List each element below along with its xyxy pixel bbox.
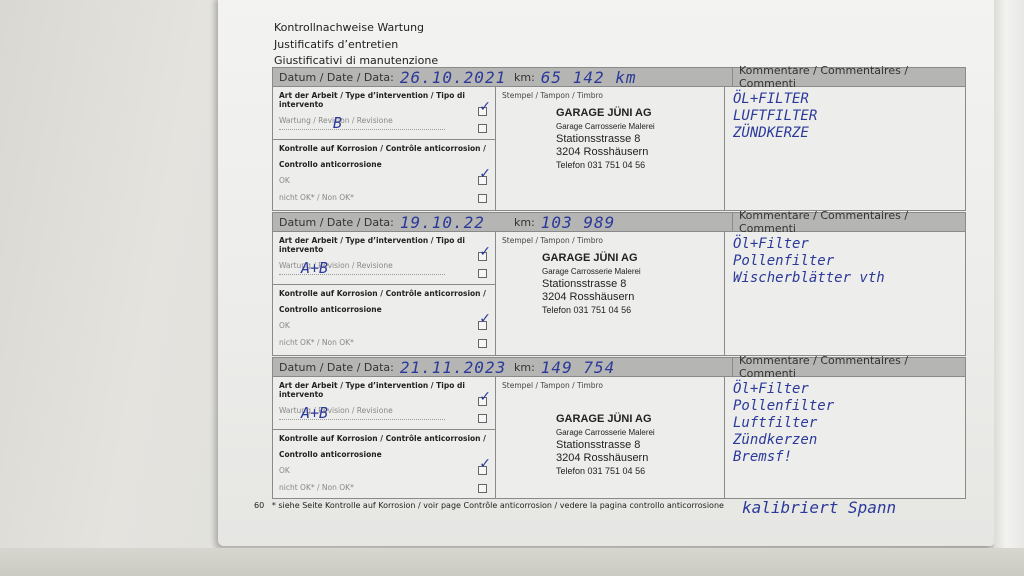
not-ok-label: nicht OK* / Non OK* <box>279 193 489 202</box>
not-ok-checkbox[interactable] <box>478 194 487 203</box>
title-fr: Justificatifs d’entretien <box>274 37 438 54</box>
service-entry: Datum / Date / Data: 21.11.2023 km: 149 … <box>272 357 966 499</box>
entry-header: Datum / Date / Data: 21.11.2023 km: 149 … <box>273 358 965 377</box>
km-label: km: <box>514 216 535 229</box>
km-cell: km: 149 754 <box>510 358 732 377</box>
stamp-city: 3204 Rosshäusern <box>556 452 655 465</box>
km-value: 103 989 <box>541 213 615 232</box>
comment-line: Pollenfilter <box>733 253 885 270</box>
stamp-subtitle: Garage Carrosserie Malerei <box>556 120 655 133</box>
work-column: Art der Arbeit / Type d’intervention / T… <box>273 232 496 355</box>
stamp-city: 3204 Rosshäusern <box>556 146 655 159</box>
work-type-label: Art der Arbeit / Type d’intervention / T… <box>279 236 489 254</box>
check-icon: ✓ <box>479 311 491 327</box>
comment-line: ÖL+FILTER <box>733 91 817 108</box>
comment-line: ZÜNDKERZE <box>733 125 817 142</box>
comments-column: Öl+FilterPollenfilterWischerblätter vth <box>725 232 965 355</box>
other-checkbox[interactable] <box>478 269 487 278</box>
stamp-column: Stempel / Tampon / Timbro GARAGE JÜNI AG… <box>496 87 725 210</box>
handwritten-note: kalibriert Spann <box>742 498 896 517</box>
stamp-name: GARAGE JÜNI AG <box>556 107 655 120</box>
work-type-section: Art der Arbeit / Type d’intervention / T… <box>273 377 495 430</box>
dotted-line <box>279 419 445 420</box>
km-label: km: <box>514 71 535 84</box>
comment-line: Öl+Filter <box>733 381 834 398</box>
comment-line: LUFTFILTER <box>733 108 817 125</box>
check-icon: ✓ <box>479 389 491 405</box>
work-type-section: Art der Arbeit / Type d’intervention / T… <box>273 87 495 140</box>
work-column: Art der Arbeit / Type d’intervention / T… <box>273 87 496 210</box>
comments-column: ÖL+FILTERLUFTFILTERZÜNDKERZE <box>725 87 965 210</box>
corrosion-section: Kontrolle auf Korrosion / Contrôle antic… <box>273 430 495 492</box>
stamp-subtitle: Garage Carrosserie Malerei <box>556 426 655 439</box>
km-cell: km: 103 989 <box>510 213 732 232</box>
date-value: 26.10.2021 <box>400 68 506 87</box>
comment-line: Bremsf! <box>733 449 834 466</box>
ok-label: OK <box>279 176 489 185</box>
km-label: km: <box>514 361 535 374</box>
stamp-street: Stationsstrasse 8 <box>542 278 641 291</box>
corrosion-label-2: Controllo anticorrosione <box>279 450 489 459</box>
check-icon: ✓ <box>479 99 491 115</box>
km-cell: km: 65 142 km <box>510 68 732 87</box>
table-surface <box>0 548 1024 576</box>
dotted-line <box>279 274 445 275</box>
comments-list: Öl+FilterPollenfilterWischerblätter vth <box>733 236 885 287</box>
garage-stamp: GARAGE JÜNI AG Garage Carrosserie Malere… <box>542 252 641 317</box>
garage-stamp: GARAGE JÜNI AG Garage Carrosserie Malere… <box>556 107 655 172</box>
comments-header: Kommentare / Commentaires / Commenti <box>732 358 965 376</box>
not-ok-label: nicht OK* / Non OK* <box>279 483 489 492</box>
comments-header: Kommentare / Commentaires / Commenti <box>732 213 965 231</box>
comment-line: Wischerblätter vth <box>733 270 885 287</box>
comments-list: Öl+FilterPollenfilterLuftfilterZündkerze… <box>733 381 834 466</box>
check-icon: ✓ <box>479 456 491 472</box>
corrosion-label: Kontrolle auf Korrosion / Contrôle antic… <box>279 289 489 298</box>
corrosion-label-2: Controllo anticorrosione <box>279 305 489 314</box>
check-icon: ✓ <box>479 244 491 260</box>
date-label: Datum / Date / Data: <box>279 71 394 84</box>
stamp-subtitle: Garage Carrosserie Malerei <box>542 265 641 278</box>
other-checkbox[interactable] <box>478 124 487 133</box>
date-label: Datum / Date / Data: <box>279 216 394 229</box>
comments-header: Kommentare / Commentaires / Commenti <box>732 68 965 86</box>
stamp-column: Stempel / Tampon / Timbro GARAGE JÜNI AG… <box>496 377 725 498</box>
stamp-phone: Telefon 031 751 04 56 <box>556 465 655 478</box>
ok-label: OK <box>279 321 489 330</box>
stamp-name: GARAGE JÜNI AG <box>556 413 655 426</box>
date-label: Datum / Date / Data: <box>279 361 394 374</box>
stamp-phone: Telefon 031 751 04 56 <box>556 159 655 172</box>
title-de: Kontrollnachweise Wartung <box>274 20 438 37</box>
comments-column: Öl+FilterPollenfilterLuftfilterZündkerze… <box>725 377 965 498</box>
stamp-street: Stationsstrasse 8 <box>556 439 655 452</box>
stamp-city: 3204 Rosshäusern <box>542 291 641 304</box>
dotted-line <box>279 129 445 130</box>
service-entry: Datum / Date / Data: 19.10.22 km: 103 98… <box>272 212 966 356</box>
comment-line: Zündkerzen <box>733 432 834 449</box>
entry-header: Datum / Date / Data: 19.10.22 km: 103 98… <box>273 213 965 232</box>
work-column: Art der Arbeit / Type d’intervention / T… <box>273 377 496 498</box>
footnote-text: * siehe Seite Kontrolle auf Korrosion / … <box>272 501 724 510</box>
stamp-label: Stempel / Tampon / Timbro <box>502 91 603 100</box>
entry-header: Datum / Date / Data: 26.10.2021 km: 65 1… <box>273 68 965 87</box>
footnote: 60 * siehe Seite Kontrolle auf Korrosion… <box>254 501 724 510</box>
ok-label: OK <box>279 466 489 475</box>
comments-list: ÖL+FILTERLUFTFILTERZÜNDKERZE <box>733 91 817 142</box>
stamp-phone: Telefon 031 751 04 56 <box>542 304 641 317</box>
date-cell: Datum / Date / Data: 26.10.2021 <box>273 68 510 87</box>
date-cell: Datum / Date / Data: 21.11.2023 <box>273 358 510 377</box>
stamp-name: GARAGE JÜNI AG <box>542 252 641 265</box>
check-icon: ✓ <box>479 166 491 182</box>
corrosion-section: Kontrolle auf Korrosion / Contrôle antic… <box>273 285 495 347</box>
stamp-label: Stempel / Tampon / Timbro <box>502 381 603 390</box>
comment-line: Luftfilter <box>733 415 834 432</box>
date-cell: Datum / Date / Data: 19.10.22 <box>273 213 510 232</box>
stamp-column: Stempel / Tampon / Timbro GARAGE JÜNI AG… <box>496 232 725 355</box>
comment-line: Pollenfilter <box>733 398 834 415</box>
km-value: 65 142 km <box>541 68 637 87</box>
service-label: Wartung / Revision / Revisione <box>279 116 489 125</box>
not-ok-checkbox[interactable] <box>478 484 487 493</box>
next-page-edge <box>994 0 1024 556</box>
service-entry: Datum / Date / Data: 26.10.2021 km: 65 1… <box>272 67 966 211</box>
date-value: 21.11.2023 <box>400 358 506 377</box>
stamp-label: Stempel / Tampon / Timbro <box>502 236 603 245</box>
corrosion-label: Kontrolle auf Korrosion / Contrôle antic… <box>279 144 489 153</box>
not-ok-label: nicht OK* / Non OK* <box>279 338 489 347</box>
work-type-label: Art der Arbeit / Type d’intervention / T… <box>279 91 489 109</box>
garage-stamp: GARAGE JÜNI AG Garage Carrosserie Malere… <box>556 413 655 478</box>
stamp-street: Stationsstrasse 8 <box>556 133 655 146</box>
not-ok-checkbox[interactable] <box>478 339 487 348</box>
corrosion-label: Kontrolle auf Korrosion / Contrôle antic… <box>279 434 489 443</box>
page-number: 60 <box>254 501 264 510</box>
work-type-section: Art der Arbeit / Type d’intervention / T… <box>273 232 495 285</box>
km-value: 149 754 <box>541 358 615 377</box>
work-type-label: Art der Arbeit / Type d’intervention / T… <box>279 381 489 399</box>
date-value: 19.10.22 <box>400 213 485 232</box>
corrosion-section: Kontrolle auf Korrosion / Contrôle antic… <box>273 140 495 202</box>
other-checkbox[interactable] <box>478 414 487 423</box>
page-titles: Kontrollnachweise Wartung Justificatifs … <box>274 20 438 70</box>
corrosion-label-2: Controllo anticorrosione <box>279 160 489 169</box>
comment-line: Öl+Filter <box>733 236 885 253</box>
